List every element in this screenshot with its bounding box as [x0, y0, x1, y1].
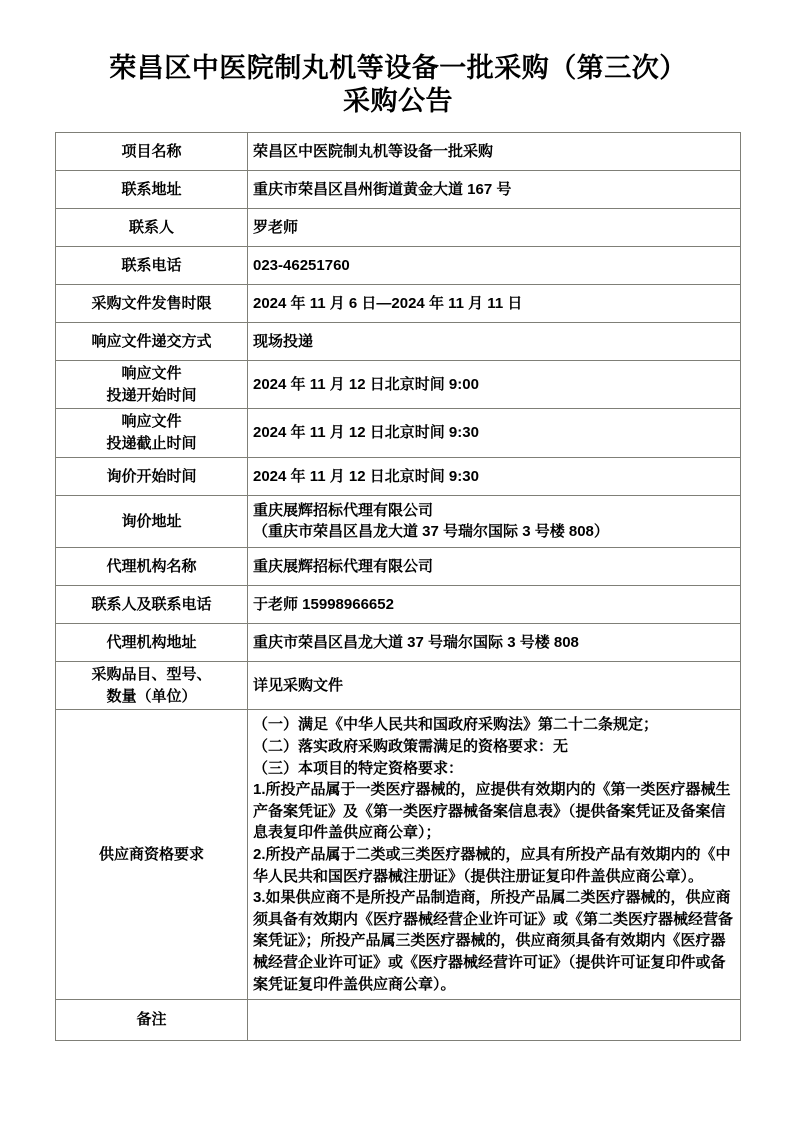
row-value: 于老师 15998966652 [248, 586, 740, 623]
row-label: 项目名称 [56, 133, 248, 170]
row-label: 响应文件 投递开始时间 [56, 361, 248, 409]
table-row-submit-end-time: 响应文件 投递截止时间 2024 年 11 月 12 日北京时间 9:30 [56, 409, 740, 458]
table-row-inquiry-start-time: 询价开始时间 2024 年 11 月 12 日北京时间 9:30 [56, 458, 740, 496]
row-label: 响应文件递交方式 [56, 323, 248, 360]
row-value: 重庆市荣昌区昌龙大道 37 号瑞尔国际 3 号楼 808 [248, 624, 740, 661]
table-row-contact-person: 联系人 罗老师 [56, 209, 740, 247]
row-label: 响应文件 投递截止时间 [56, 409, 248, 457]
row-value: 重庆展辉招标代理有限公司 （重庆市荣昌区昌龙大道 37 号瑞尔国际 3 号楼 8… [248, 496, 740, 547]
table-row-agency-name: 代理机构名称 重庆展辉招标代理有限公司 [56, 548, 740, 586]
table-row-inquiry-address: 询价地址 重庆展辉招标代理有限公司 （重庆市荣昌区昌龙大道 37 号瑞尔国际 3… [56, 496, 740, 548]
row-label: 备注 [56, 1000, 248, 1040]
page-title: 荣昌区中医院制丸机等设备一批采购（第三次） 采购公告 [55, 52, 741, 118]
table-row-agency-address: 代理机构地址 重庆市荣昌区昌龙大道 37 号瑞尔国际 3 号楼 808 [56, 624, 740, 662]
row-value: 现场投递 [248, 323, 740, 360]
row-label: 代理机构名称 [56, 548, 248, 585]
row-value [248, 1000, 740, 1040]
page-title-line1: 荣昌区中医院制丸机等设备一批采购（第三次） [55, 52, 741, 85]
table-row-supplier-qualification: 供应商资格要求 （一）满足《中华人民共和国政府采购法》第二十二条规定； （二）落… [56, 710, 740, 1000]
row-value: 荣昌区中医院制丸机等设备一批采购 [248, 133, 740, 170]
table-row-agency-contact: 联系人及联系电话 于老师 15998966652 [56, 586, 740, 624]
document-page: 荣昌区中医院制丸机等设备一批采购（第三次） 采购公告 项目名称 荣昌区中医院制丸… [0, 0, 794, 1123]
table-row-doc-sale-period: 采购文件发售时限 2024 年 11 月 6 日—2024 年 11 月 11 … [56, 285, 740, 323]
row-value: 2024 年 11 月 6 日—2024 年 11 月 11 日 [248, 285, 740, 322]
row-value: 2024 年 11 月 12 日北京时间 9:00 [248, 361, 740, 409]
table-row-procurement-items: 采购品目、型号、 数量（单位） 详见采购文件 [56, 662, 740, 711]
row-label: 询价地址 [56, 496, 248, 547]
row-value: 罗老师 [248, 209, 740, 246]
row-label: 采购文件发售时限 [56, 285, 248, 322]
table-row-submit-start-time: 响应文件 投递开始时间 2024 年 11 月 12 日北京时间 9:00 [56, 361, 740, 410]
row-label: 联系人及联系电话 [56, 586, 248, 623]
row-label: 联系电话 [56, 247, 248, 284]
row-value: 2024 年 11 月 12 日北京时间 9:30 [248, 458, 740, 495]
row-value: 详见采购文件 [248, 662, 740, 710]
row-label: 代理机构地址 [56, 624, 248, 661]
table-row-project-name: 项目名称 荣昌区中医院制丸机等设备一批采购 [56, 133, 740, 171]
row-value: 重庆展辉招标代理有限公司 [248, 548, 740, 585]
row-value: 023-46251760 [248, 247, 740, 284]
row-value: 重庆市荣昌区昌州街道黄金大道 167 号 [248, 171, 740, 208]
row-label: 供应商资格要求 [56, 710, 248, 999]
row-label: 联系地址 [56, 171, 248, 208]
row-value: 2024 年 11 月 12 日北京时间 9:30 [248, 409, 740, 457]
table-row-remark: 备注 [56, 1000, 740, 1041]
table-row-response-method: 响应文件递交方式 现场投递 [56, 323, 740, 361]
announcement-table: 项目名称 荣昌区中医院制丸机等设备一批采购 联系地址 重庆市荣昌区昌州街道黄金大… [55, 132, 741, 1041]
table-row-contact-phone: 联系电话 023-46251760 [56, 247, 740, 285]
row-value: （一）满足《中华人民共和国政府采购法》第二十二条规定； （二）落实政府采购政策需… [248, 710, 740, 999]
row-label: 联系人 [56, 209, 248, 246]
page-title-line2: 采购公告 [55, 85, 741, 118]
row-label: 采购品目、型号、 数量（单位） [56, 662, 248, 710]
table-row-contact-address: 联系地址 重庆市荣昌区昌州街道黄金大道 167 号 [56, 171, 740, 209]
row-label: 询价开始时间 [56, 458, 248, 495]
